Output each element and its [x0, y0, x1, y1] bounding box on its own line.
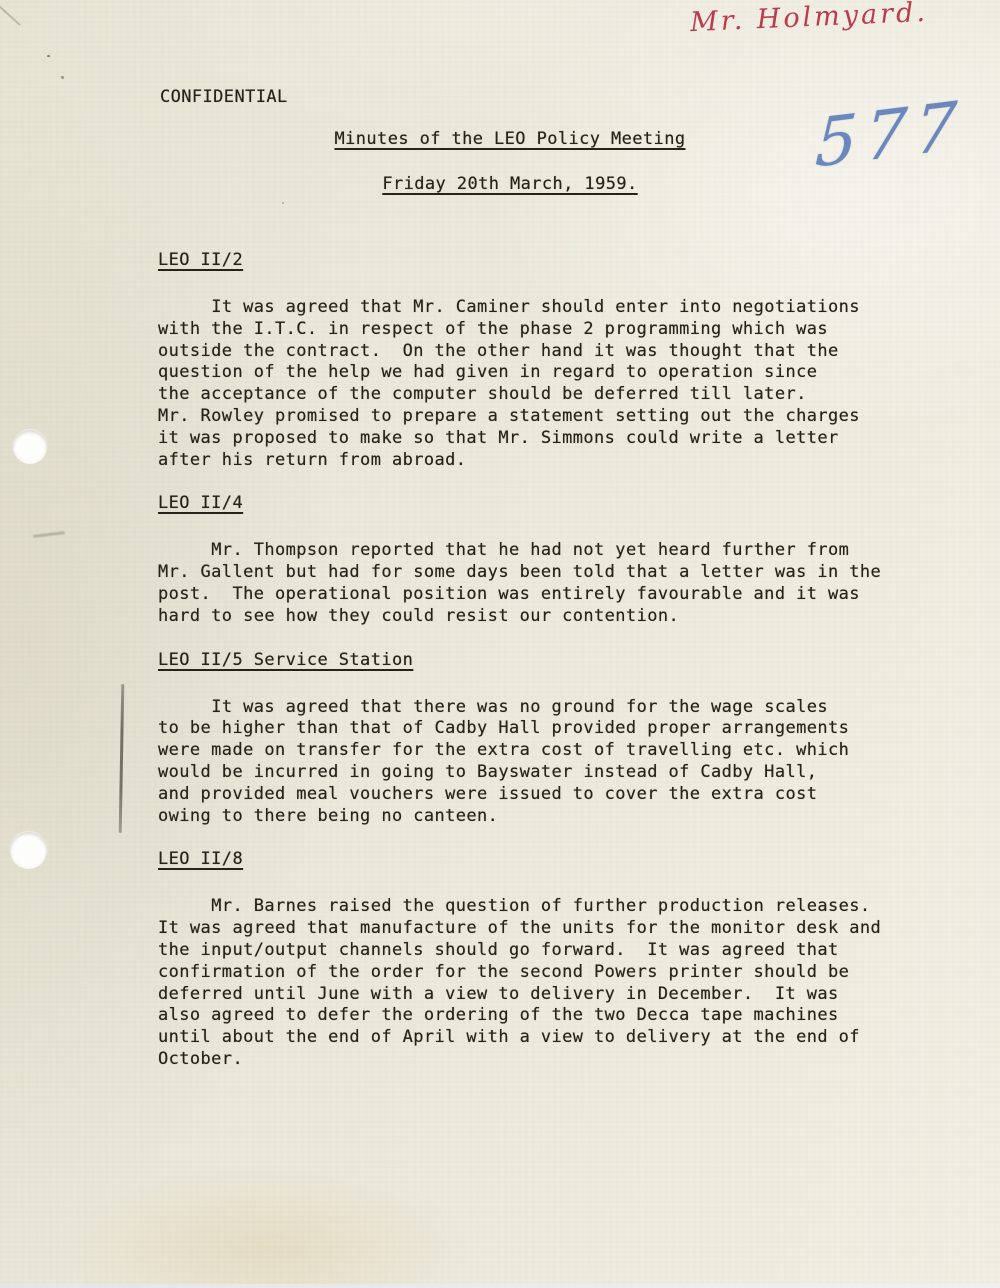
document-header: CONFIDENTIAL Minutes of the LEO Policy M…: [160, 87, 860, 195]
corner-crease: [0, 4, 21, 25]
margin-pencil-line: [119, 684, 124, 833]
section-heading-leo-ii-8: LEO II/8: [158, 848, 940, 870]
document-title: Minutes of the LEO Policy Meeting: [160, 128, 860, 150]
hole-punch-top: [13, 430, 47, 464]
hole-punch-bottom: [10, 832, 47, 869]
section-body-leo-ii-8: Mr. Barnes raised the question of furthe…: [158, 896, 940, 1070]
scanner-edge-strip: [0, 1284, 1000, 1288]
paper-speck: [61, 76, 64, 79]
section-body-leo-ii-4: Mr. Thompson reported that he had not ye…: [158, 540, 940, 627]
margin-pencil-mark: [33, 531, 65, 538]
paper-speck: [47, 55, 50, 57]
classification-stamp: CONFIDENTIAL: [160, 87, 860, 107]
section-body-leo-ii-5: It was agreed that there was no ground f…: [158, 697, 940, 828]
document-date: Friday 20th March, 1959.: [160, 173, 860, 195]
section-heading-leo-ii-5: LEO II/5 Service Station: [158, 649, 940, 671]
section-body-leo-ii-2: It was agreed that Mr. Caminer should en…: [158, 297, 940, 471]
paper-speck: [282, 202, 284, 204]
document-body: LEO II/2 It was agreed that Mr. Caminer …: [158, 249, 940, 1071]
handwritten-recipient-annotation: Mr. Holmyard.: [689, 0, 928, 38]
section-heading-leo-ii-2: LEO II/2: [158, 249, 940, 271]
section-heading-leo-ii-4: LEO II/4: [158, 492, 940, 514]
scanned-page: Mr. Holmyard. 577 CONFIDENTIAL Minutes o…: [0, 0, 1000, 1288]
